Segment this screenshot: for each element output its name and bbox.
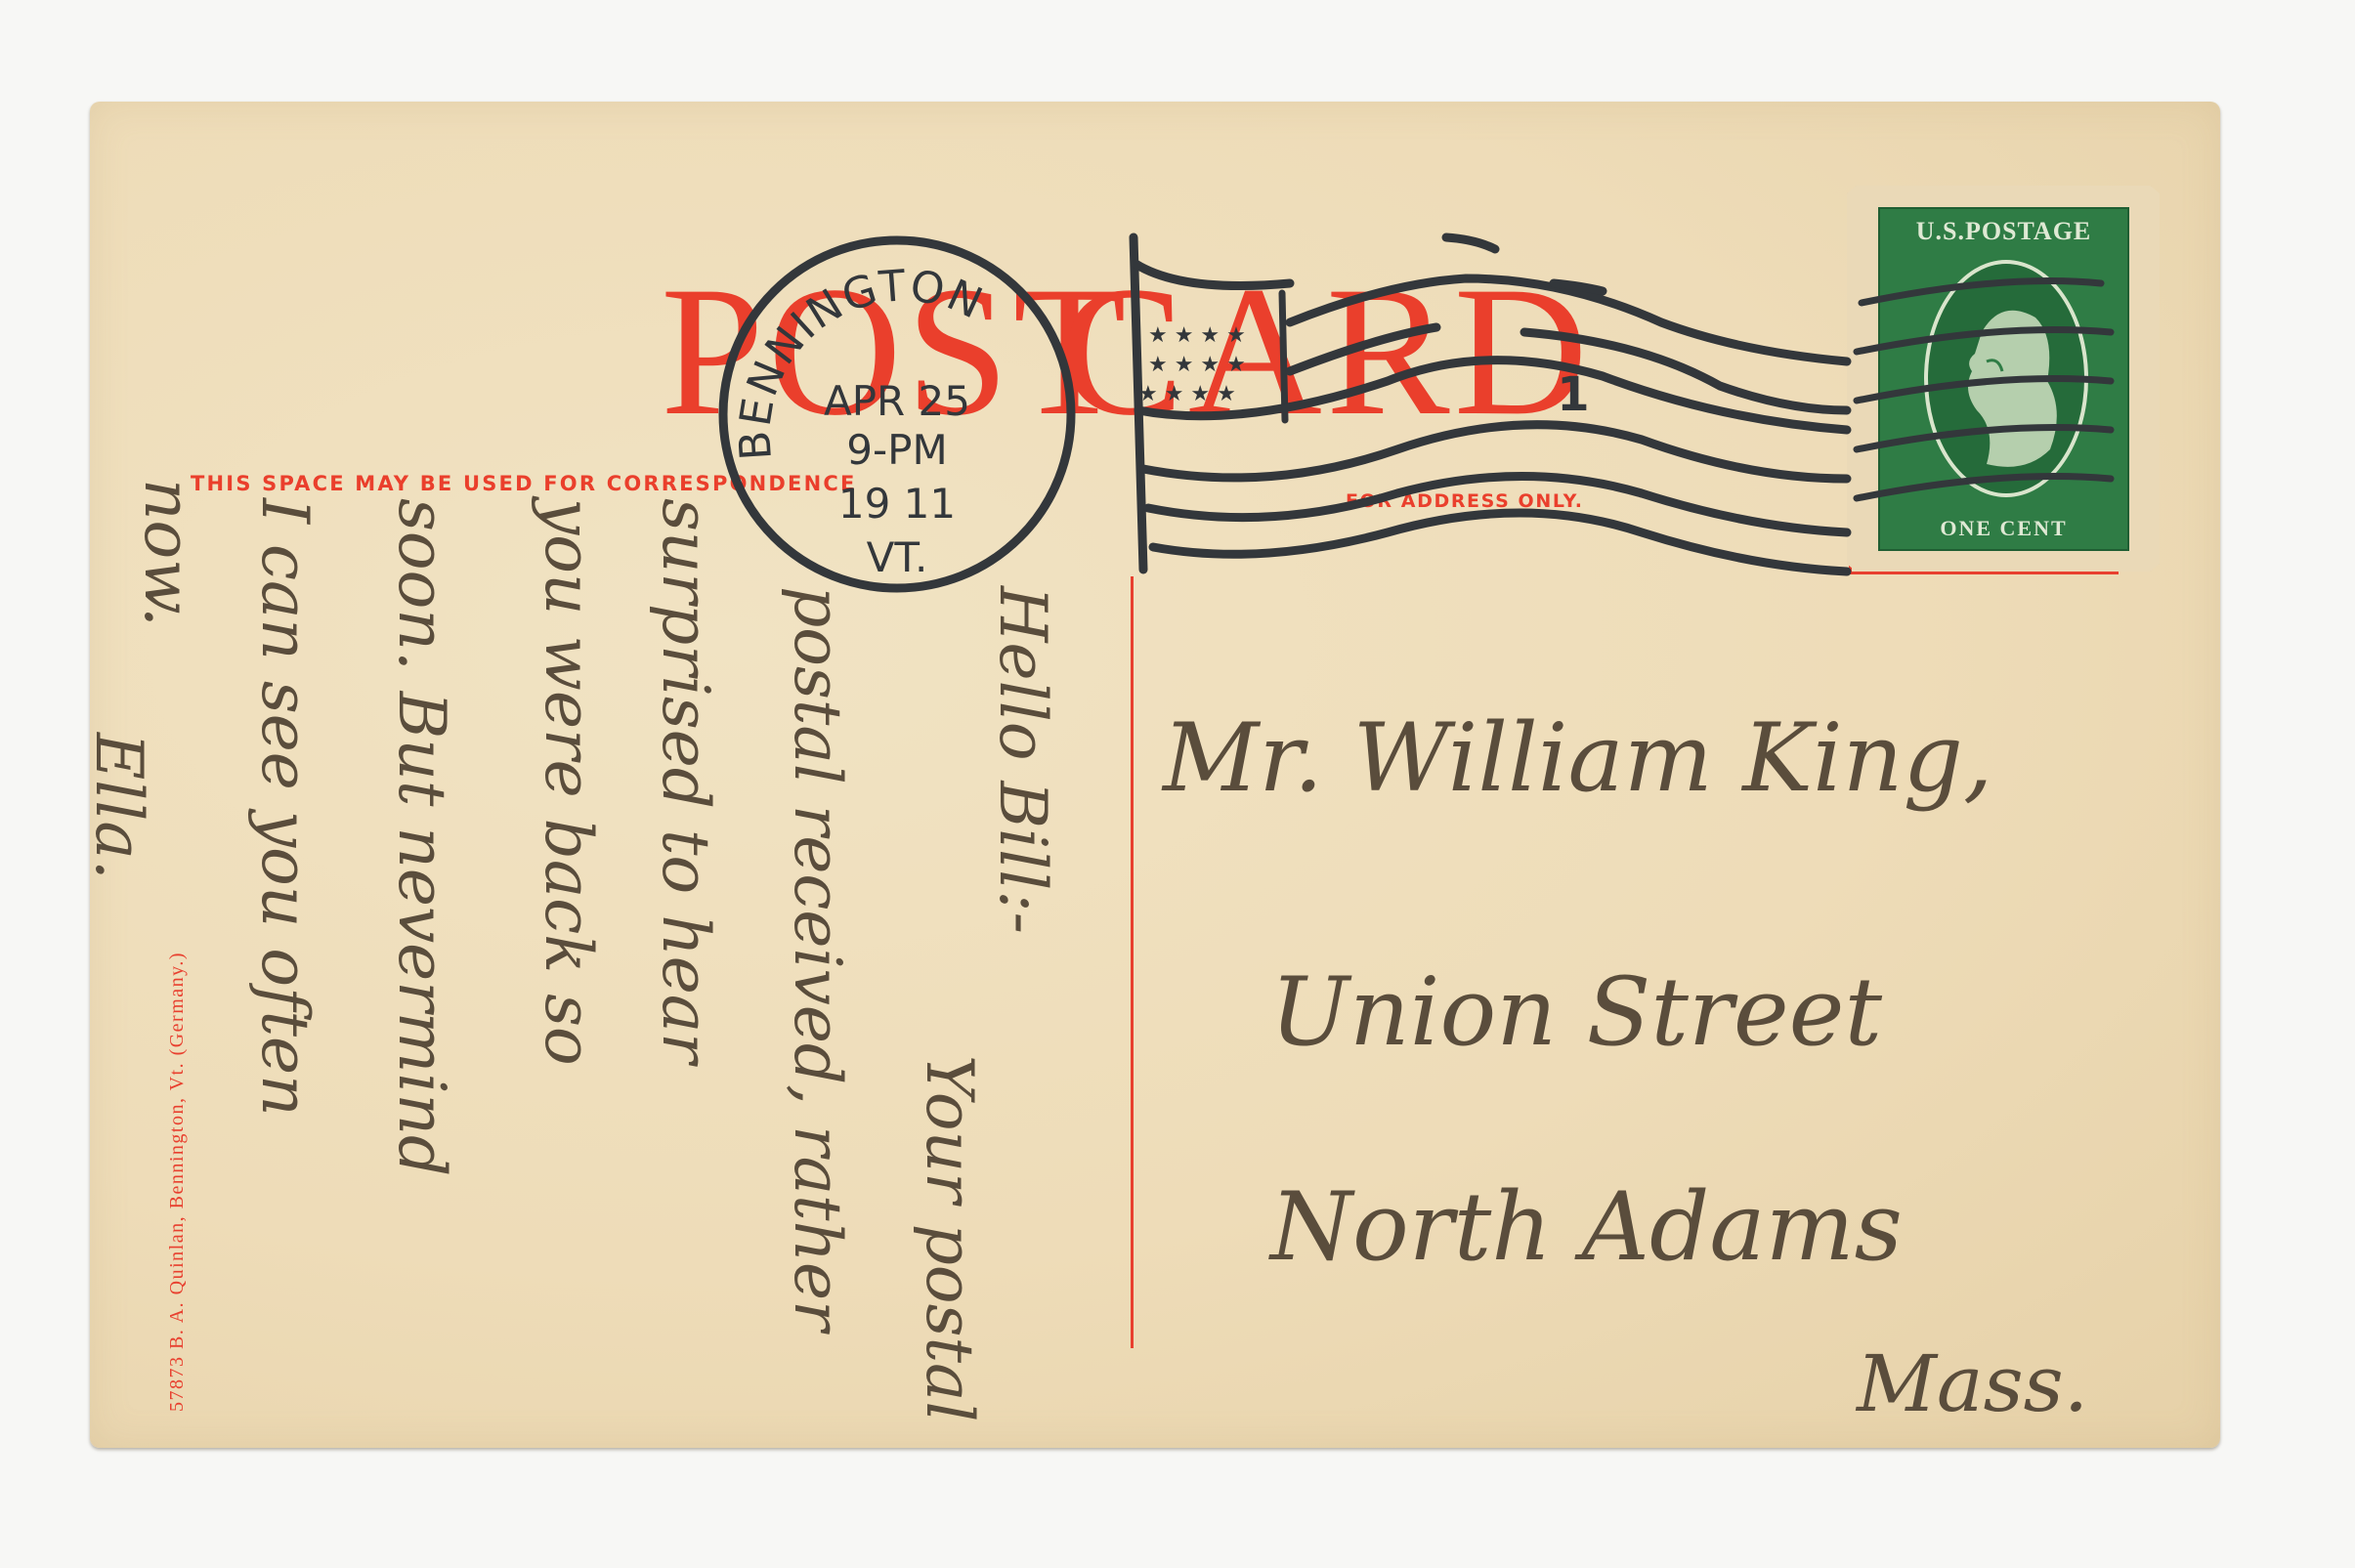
stamp-bottom-text: ONE CENT	[1880, 516, 2127, 541]
postage-stamp: U.S.POSTAGE ONE CENT	[1847, 186, 2160, 572]
address-only-label: FOR ADDRESS ONLY.	[1346, 490, 1584, 512]
divider-line	[1131, 576, 1134, 1348]
stamp-top-text: U.S.POSTAGE	[1880, 217, 2127, 246]
message-line: I can see you often	[247, 498, 322, 1117]
message-line: postal received, rather	[780, 586, 855, 1332]
message-line: surprised to hear	[648, 498, 723, 1064]
address-line-street: Union Street	[1270, 957, 1882, 1067]
address-line-state: Mass.	[1857, 1338, 2088, 1429]
postcard-title-card: Card	[1060, 259, 1592, 445]
address-line-name: Mr. William King,	[1163, 703, 1992, 813]
message-line: you were back so	[531, 498, 606, 1066]
message-line: Hello Bill:-	[985, 586, 1060, 934]
message-line: soon. But nevermind	[384, 498, 459, 1176]
message-line: Your postal	[912, 1055, 987, 1421]
message-line: now.	[130, 479, 205, 627]
franklin-portrait-icon	[1924, 260, 2088, 497]
message-signature: Ella.	[81, 733, 156, 880]
correspondence-label: THIS SPACE MAY BE USED FOR CORRESPONDENC…	[191, 472, 857, 495]
address-line-city: North Adams	[1270, 1172, 1903, 1282]
publisher-imprint: 57873 B. A. Quinlan, Bennington, Vt. (Ge…	[166, 952, 189, 1412]
